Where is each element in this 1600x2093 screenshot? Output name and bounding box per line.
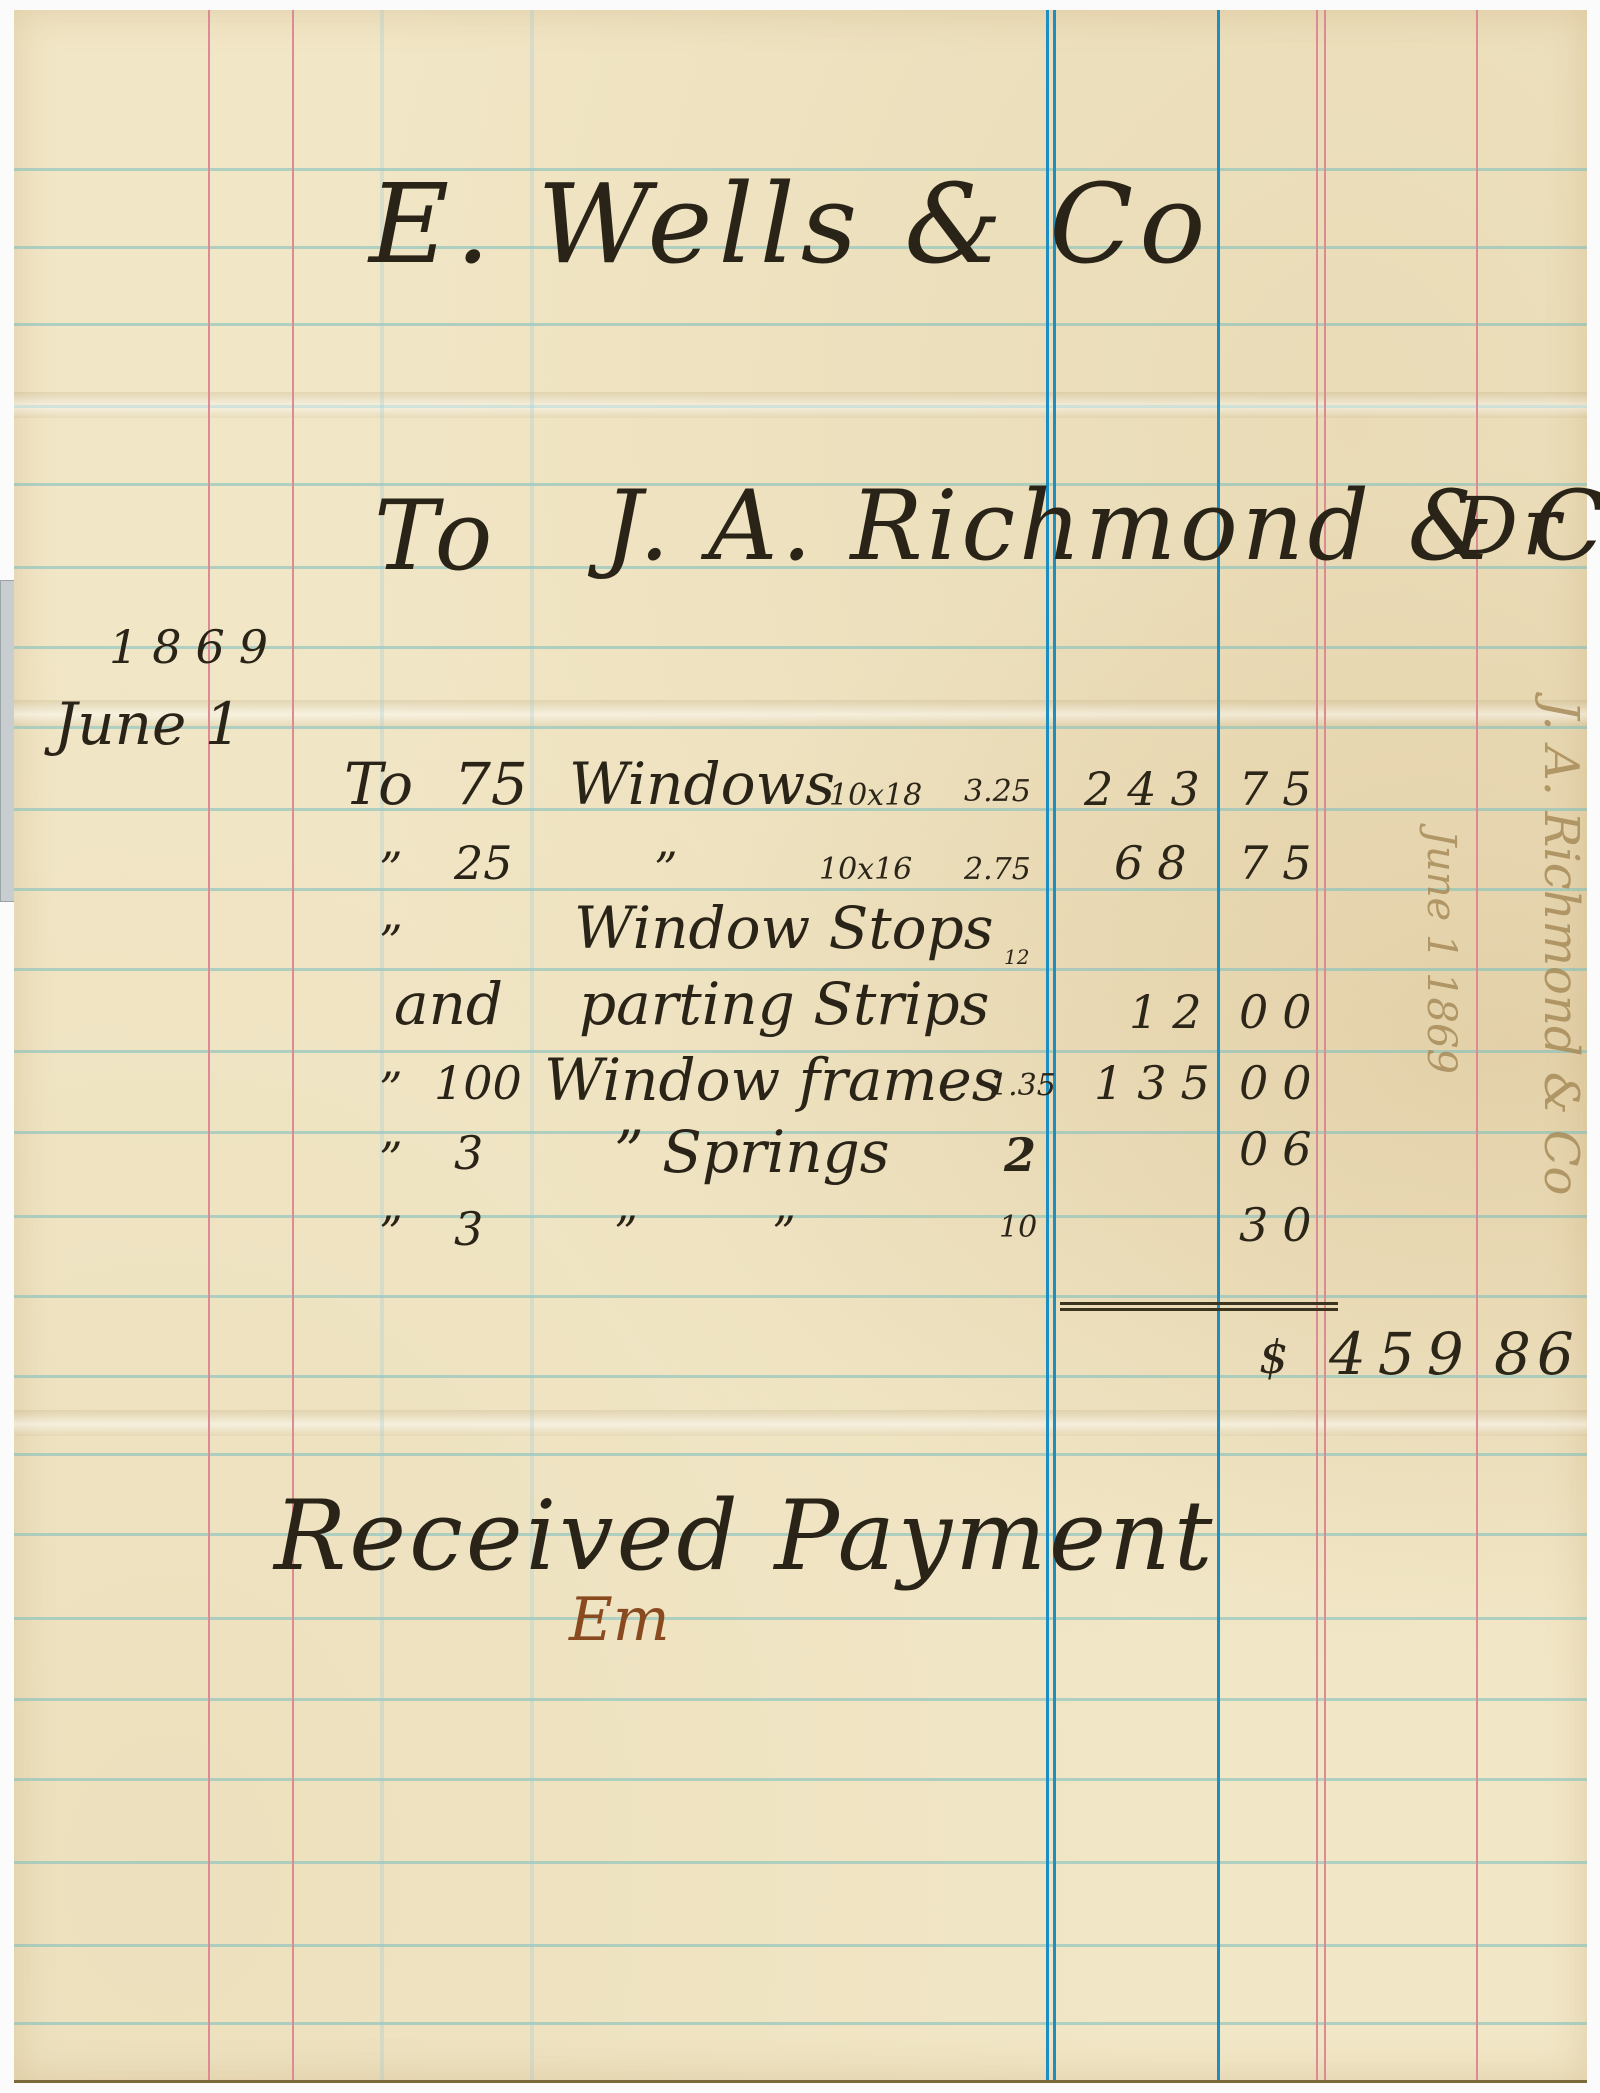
fold-crease	[14, 700, 1587, 726]
item-prefix: ”	[379, 842, 403, 896]
item-size: 10x16	[819, 852, 912, 887]
rule-line	[14, 2022, 1587, 2025]
item-description: Window Stops	[574, 894, 993, 962]
endorsement-name: J. A. Richmond & Co	[1533, 700, 1589, 1195]
margin-line-red	[1476, 10, 1478, 2080]
rule-line	[14, 323, 1587, 326]
debtor-name: J. A. Richmond & Co	[604, 470, 1600, 582]
faint-column-line	[530, 10, 534, 2080]
item-unit-price: 2.75	[964, 852, 1031, 887]
rule-line	[14, 1215, 1587, 1218]
item-cents: 75	[1239, 762, 1326, 816]
date-month-day: June 1	[54, 690, 242, 758]
item-cents: 30	[1239, 1198, 1326, 1252]
rule-line	[14, 1861, 1587, 1864]
total-currency: $	[1259, 1330, 1288, 1384]
item-cents: 00	[1239, 985, 1326, 1039]
item-qty: 3	[454, 1202, 483, 1256]
total-cents: 86	[1494, 1320, 1580, 1388]
item-description: parting Strips	[579, 970, 989, 1038]
dollar-column-line	[1046, 10, 1049, 2080]
item-dollars: 243	[1084, 762, 1214, 816]
item-dollars: 12	[1129, 985, 1216, 1039]
item-prefix: To	[344, 750, 413, 818]
item-qty: 75	[454, 750, 528, 818]
receipt-initials: Em	[569, 1585, 670, 1655]
total-dollars: 459	[1329, 1320, 1476, 1388]
item-cents: 75	[1239, 836, 1326, 890]
invoice-paper: E. Wells & Co To J. A. Richmond & Co Dr …	[14, 10, 1587, 2083]
to-prefix: To	[374, 480, 496, 592]
endorsement-date: June 1 1869	[1418, 830, 1464, 1074]
rule-line	[14, 1944, 1587, 1947]
rule-line	[14, 1698, 1587, 1701]
vendor-name: E. Wells & Co	[369, 160, 1211, 288]
rule-line	[14, 888, 1587, 891]
debit-marker: Dr	[1454, 480, 1564, 573]
total-underline	[1060, 1302, 1338, 1311]
item-dollars: 135	[1094, 1056, 1224, 1110]
item-unit-price: 3.25	[964, 774, 1031, 809]
dollar-column-line	[1053, 10, 1056, 2080]
margin-line-red	[292, 10, 294, 2080]
item-prefix: ”	[379, 1062, 403, 1116]
margin-line-red	[1324, 10, 1326, 2080]
margin-line-red	[1316, 10, 1318, 2080]
rule-line	[14, 726, 1587, 729]
fold-crease	[14, 1410, 1587, 1436]
rule-line	[14, 1453, 1587, 1456]
item-dollars: 68	[1114, 836, 1201, 890]
item-qty: 3	[454, 1126, 483, 1180]
faint-column-line	[380, 10, 384, 2080]
date-year: 1869	[109, 620, 282, 674]
cents-column-line	[1217, 10, 1220, 2080]
item-unit-price: 10	[999, 1210, 1037, 1245]
item-prefix: ”	[379, 1206, 403, 1260]
item-prefix: ”	[379, 1132, 403, 1186]
item-description: ”	[654, 842, 678, 896]
item-qty: 100	[434, 1056, 522, 1110]
margin-line-red	[208, 10, 210, 2080]
item-unit-price: 12	[1004, 945, 1029, 969]
item-prefix: ”	[379, 915, 403, 969]
item-unit-price: 2	[1004, 1128, 1036, 1182]
item-size: 10x18	[829, 778, 922, 813]
item-unit-price: 1.35	[989, 1068, 1056, 1103]
item-qty: 25	[454, 836, 513, 890]
item-prefix: and	[394, 970, 503, 1038]
item-description: ” Springs	[614, 1118, 889, 1186]
fold-crease	[14, 392, 1587, 418]
received-payment-text: Received Payment	[274, 1480, 1215, 1592]
item-cents: 00	[1239, 1056, 1326, 1110]
rule-line	[14, 1295, 1587, 1298]
rule-line	[14, 1617, 1587, 1620]
item-description: ” ”	[614, 1206, 796, 1260]
item-description: Windows	[569, 750, 835, 818]
item-description: Window frames	[544, 1046, 1002, 1114]
rule-line	[14, 1778, 1587, 1781]
item-cents: 06	[1239, 1122, 1326, 1176]
